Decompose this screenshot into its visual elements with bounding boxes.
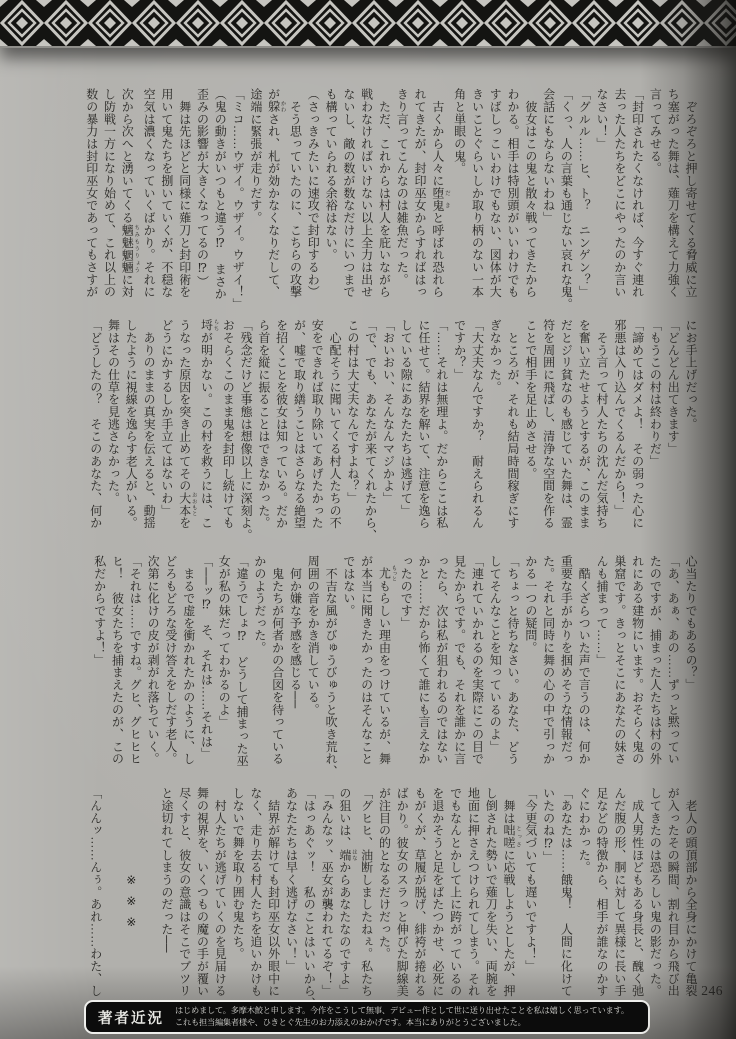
author-note-bar: 著者近況 はじめまして。多摩木鮫と申します。今作をこうして無事、デビュー作として… <box>84 1000 650 1034</box>
text-column: が躱かわされ、札が効かなくなりだして、 <box>264 88 286 322</box>
text-column: を退かそうと足をばたつかせ、必死に <box>428 787 446 1021</box>
text-column: 「おいおい、そんなんマジかよ」 <box>379 319 397 553</box>
text-column: ら首を縦に振ることはできなかった。 <box>254 319 272 553</box>
text-column: かる一つの疑問。 <box>521 555 539 789</box>
text-column: 酷くざらついた声で言うのは、何か <box>574 555 592 789</box>
page-number: 246 <box>701 983 723 999</box>
text-column: も構っていられる余裕はない。 <box>321 88 339 322</box>
text-column: 村人たちが逃げていくのを見届ける <box>210 787 228 1021</box>
text-column: 舞は先ほどと同様に薙刀と封印術を <box>175 88 193 322</box>
text-band-2: にお手上げだった。「どんどん出てきます」「もうこの村は終わりだ」「諦めてはダメよ… <box>93 319 699 553</box>
text-column: なさい！」 <box>592 88 610 322</box>
text-column: 数の暴力は封印巫女であってもさすが <box>82 88 100 322</box>
text-column: 不吉な風がびゅうびゅうと吹き荒れ、 <box>321 555 339 789</box>
text-column: ぐにわかった。 <box>574 787 592 1021</box>
text-band-3: 心当たりでもあるの？」「あ、あぁ、あの……ずっと黙っていたのですが、捕まった人た… <box>93 555 699 789</box>
text-column: 「どんどん出てきます」 <box>663 319 681 553</box>
text-column: に任せて。結界を解いて、注意を逸ら <box>414 319 432 553</box>
text-column: 「んんッ……んぅ。あれ……わた、し <box>86 787 104 1021</box>
text-column: 「くっ、人の言葉も通じない哀れな鬼。 <box>557 88 575 322</box>
text-column: 「残念だけど事態は想像以上に深刻よ。 <box>236 319 254 553</box>
text-column: いたのね⁉」 <box>539 787 557 1021</box>
text-column: 成人男性ほどもある身長と、醜く弛 <box>628 787 646 1021</box>
text-column: 「違うでしょ⁉ どうして捕まった巫 <box>232 555 250 789</box>
author-note-text: はじめまして。多摩木鮫と申します。今作をこうして無事、デビュー作として世に送り出… <box>175 1005 629 1030</box>
text-column: 空気は濃くなっていくばかり。それに <box>139 88 157 322</box>
text-column: 結界が解けても封印巫女以外眼中に <box>264 787 282 1021</box>
text-column: なく、走り去る村人たちを追いかけも <box>246 787 264 1021</box>
text-band-1: ぞろぞろと押し寄せてくる脅威に立ち塞がった舞は、薙刀を構えて力強く言ってみせる。… <box>93 88 699 322</box>
text-column: 鬼たちが何者かの合図を待っている <box>268 555 286 789</box>
text-column: 「もうこの村は終わりだ」 <box>646 319 664 553</box>
text-column: 安をできれば取り除いてあげたかった <box>307 319 325 553</box>
text-column: ったのです」 <box>396 555 414 789</box>
text-column: 古くから人々に堕鬼だきと呼ばれ恐れら <box>428 88 450 322</box>
text-column: 地面に押さえつけられてしまう。それ <box>464 787 482 1021</box>
text-column: おそらくこのまま鬼を封印し続けても <box>218 319 236 553</box>
text-column: し防戦一方になり始めて、これ以上の <box>100 88 118 322</box>
text-column: ったら、次は私が狙われるのではない <box>432 555 450 789</box>
text-column: 「で、でも、あなたが来てくれたから、 <box>361 319 379 553</box>
text-column: ありのままの真実を伝えると、動揺 <box>139 319 157 553</box>
text-column: すばしっこいわけでもない、図体が大 <box>485 88 503 322</box>
text-column: た。それと同時に舞の心の中で引っか <box>539 555 557 789</box>
text-column: の狙いは、端はなからあなたなのですよ」 <box>335 787 357 1021</box>
author-note-badge: 著者近況 <box>98 1007 164 1028</box>
text-column: 「みんなッ、巫女が襲われてるぞ！」 <box>317 787 335 1021</box>
text-column: 「はっあぐッ！ 私のことはいいから、 <box>299 787 317 1021</box>
text-column: している隙にあなたたちは逃げて」 <box>396 319 414 553</box>
text-column: を奮い立たせようとするが、このまま <box>574 319 592 553</box>
text-column: ヒ！ 彼女たちを捕まえたのが、この <box>108 555 126 789</box>
text-column: ばかり。彼女のスラっと伸びた脚線美 <box>392 787 410 1021</box>
text-column: んだ腹の形、胴に対して異様に長い手 <box>610 787 628 1021</box>
text-column: 言ってみせる。 <box>646 88 664 322</box>
text-column: 見たからです。でも、それを誰かに言 <box>450 555 468 789</box>
text-column: でもなんとかして上に跨がっているの <box>446 787 464 1021</box>
text-column: 舞の視界を、いくつもの魔の手が覆い <box>193 787 211 1021</box>
text-column: 周囲の音をかき消している。 <box>303 555 321 789</box>
author-note-line-2: これも担当編集者様や、ひきとぐ先生のお力添えのおかげです。本当にありがとうござい… <box>175 1017 629 1029</box>
text-column: にお手上げだった。 <box>681 319 699 553</box>
text-column: れにある建物にいます。おそらく鬼の <box>628 555 646 789</box>
text-column: を招くことを彼女は知っている。だか <box>272 319 290 553</box>
text-column: 次第に化けの皮が剥がれ落ちていく。 <box>143 555 161 789</box>
text-column: 会話にもならないわね」 <box>539 88 557 322</box>
scanned-book-page: { "page": { "number": "246", "colors": {… <box>0 0 736 1039</box>
text-column: （さっきみたいに速攻で封印するわ） <box>303 88 321 322</box>
text-column: 老人の頭頂部から全身にかけて亀裂 <box>681 787 699 1021</box>
text-column: 私だからですよ！」 <box>90 555 108 789</box>
text-column: ではない。 <box>339 555 357 789</box>
text-column <box>139 787 157 1021</box>
text-column: 尤もっともらしい理由をつけているが、舞 <box>375 555 397 789</box>
text-column: が、嘘で取り繕うことはさらなる絶望 <box>290 319 308 553</box>
text-column: 何か嫌な予感を感じる── <box>286 555 304 789</box>
author-note-line-1: はじめまして。多摩木鮫と申します。今作をこうして無事、デビュー作として世に送り出… <box>175 1005 629 1017</box>
text-column: 「グヒヒ、油断しましたねぇ。私たち <box>357 787 375 1021</box>
text-column: 「……それは無理よ。だからここは私 <box>432 319 450 553</box>
text-column <box>104 787 122 1021</box>
text-column: 「あなたは……餓鬼！ 人間に化けて <box>557 787 575 1021</box>
text-band-4: 老人の頭頂部から全身にかけて亀裂が入ったその瞬間、割れ目から飛び出してきたのは恐… <box>93 787 699 1021</box>
text-column: 「ミコ……ウザイ。ウザイ。ウザイ！」 <box>228 88 246 322</box>
text-column: ち塞がった舞は、薙刀を構えて力強く <box>663 88 681 322</box>
text-column: んも捕まって……」 <box>592 555 610 789</box>
text-column: うなった原因を突き止めてその大本おおもとを <box>175 319 197 553</box>
text-column: 心配そうに聞いてくる村人たちの不 <box>325 319 343 553</box>
diamond-lattice-pattern <box>0 0 736 46</box>
text-column: どろもどろな受け答えをしだす老人。 <box>161 555 179 789</box>
text-column: そう思っていたのに、こちらの攻撃 <box>286 88 304 322</box>
text-column: ぎなかった。 <box>485 319 503 553</box>
text-column: 「グルル……ヒ、ト？ ニンゲン？」 <box>574 88 592 322</box>
text-column: かと……だから怖くて誰にも言えなか <box>414 555 432 789</box>
text-column: ことで相手を足止めさせる。 <box>521 319 539 553</box>
text-column: まるで虚を衝かれたかのように、し <box>179 555 197 789</box>
text-column: 角と単眼の鬼。 <box>450 88 468 322</box>
text-column: この村は大丈夫なんですよね？」 <box>343 319 361 553</box>
text-column: が入ったその瞬間、割れ目から飛び出 <box>663 787 681 1021</box>
text-column: 符を周囲に飛ばし、清浄な空間を作る <box>539 319 557 553</box>
text-column: 「諦めてはダメよ！ その弱った心に <box>628 319 646 553</box>
text-column: きり言ってこんなのは雑魚だった。 <box>392 88 410 322</box>
text-column: 「大丈夫なんですか？ 耐えられるん <box>468 319 486 553</box>
text-column: 戦わなければいけない以上全力は出せ <box>357 88 375 322</box>
text-column: かのようだった。 <box>250 555 268 789</box>
text-column: ところが、それも結局時間稼ぎにす <box>503 319 521 553</box>
text-column: ですか？」 <box>450 319 468 553</box>
text-column: 舞は咄嗟とっさに応戦しようとしたが、押 <box>499 787 521 1021</box>
text-column: ぞろぞろと押し寄せてくる脅威に立 <box>681 88 699 322</box>
text-column: 心当たりでもあるの？」 <box>681 555 699 789</box>
text-column: したように視線を逸らす老人がいる。 <box>122 319 140 553</box>
text-column: ただ、これからは村人を庇いながら <box>375 88 393 322</box>
decorative-border <box>0 0 736 48</box>
text-column: 足などの特徴から、相手が誰なのかす <box>592 787 610 1021</box>
text-column: （鬼の動きがいつもと違う⁉ まさか <box>210 88 228 322</box>
text-column: 「どうしたの？ そこのあなた、何か <box>86 319 104 553</box>
text-column: してそんなことを知っているのよ」 <box>485 555 503 789</box>
text-column: 「それは……ですね。グヒ、グヒヒヒ <box>126 555 144 789</box>
text-column: 次から次へと湧いてくる魑魅魍魎ちみもうりょうに対 <box>118 88 140 322</box>
text-column: 「あ、あぁ、あの……ずっと黙ってい <box>663 555 681 789</box>
text-column: だとジリ貧なのも感じていた舞は、霊 <box>557 319 575 553</box>
text-column: 途端に緊張が走りだす。 <box>246 88 264 322</box>
text-column: してきたのは恐ろしい鬼の影だった。 <box>646 787 664 1021</box>
text-column: 巣窟です。きっとそこにあなたの妹さ <box>610 555 628 789</box>
section-break-marks: ※※※ <box>122 787 140 1021</box>
text-column: もがくが、草履が脱げ、緋袴が捲れる <box>410 787 428 1021</box>
text-column: 去った人たちをどこにやったのか言い <box>610 88 628 322</box>
text-column: 「今更気づいても遅いですよ！」 <box>521 787 539 1021</box>
text-column: 「連れていかれるのを実際にこの目で <box>468 555 486 789</box>
text-column: れてきたが、封印巫女からすればはっ <box>410 88 428 322</box>
text-column: と途切れてしまうのだった── <box>157 787 175 1021</box>
text-column: 埒らちが明かない。この村を救うには、こ <box>197 319 219 553</box>
text-column: 彼女はこの鬼と散々戦ってきたから <box>521 88 539 322</box>
text-column: ないし、敵の数が数なだけにいつまで <box>339 88 357 322</box>
text-column: 重要な手がかりを掴めそうな情報だっ <box>557 555 575 789</box>
text-column: わかる。相手は特別頭がいいわけでも <box>503 88 521 322</box>
text-column: 用いて鬼たちを捌いていくが、不穏な <box>157 88 175 322</box>
text-column: 邪悪は入り込んでくるんだから！」 <box>610 319 628 553</box>
text-column: どうにかするしか手立てはないわ」 <box>157 319 175 553</box>
text-column: 「封印されたくなければ、今すぐ連れ <box>628 88 646 322</box>
text-column: 「ちょっと待ちなさい。あなた、どう <box>503 555 521 789</box>
text-column: きいことぐらいしか取り柄のない一本 <box>468 88 486 322</box>
text-column: 歪みの影響が大きくなってるの⁉） <box>193 88 211 322</box>
text-column: しないで舞を取り囲む鬼たち。 <box>228 787 246 1021</box>
text-column: たのですが、捕まった人たちは村の外 <box>646 555 664 789</box>
text-column: が本当に聞きたかったのはそんなこと <box>357 555 375 789</box>
text-column: 「──ッ⁉ そ、それは……それは」 <box>197 555 215 789</box>
text-column: 舞はその仕草を見逃さなかった。 <box>104 319 122 553</box>
text-column: あなたたちは早く逃げなさい！」 <box>282 787 300 1021</box>
text-column: そう言って村人たちの沈んだ気持ち <box>592 319 610 553</box>
text-column: 尽くすと、彼女の意識はそこでブツリ <box>175 787 193 1021</box>
text-column: が注目の的となるだけだった。 <box>375 787 393 1021</box>
text-column: 女が私の妹だってわかるのよ」 <box>214 555 232 789</box>
text-column: し倒された勢いで薙刀を失い、両腕を <box>481 787 499 1021</box>
